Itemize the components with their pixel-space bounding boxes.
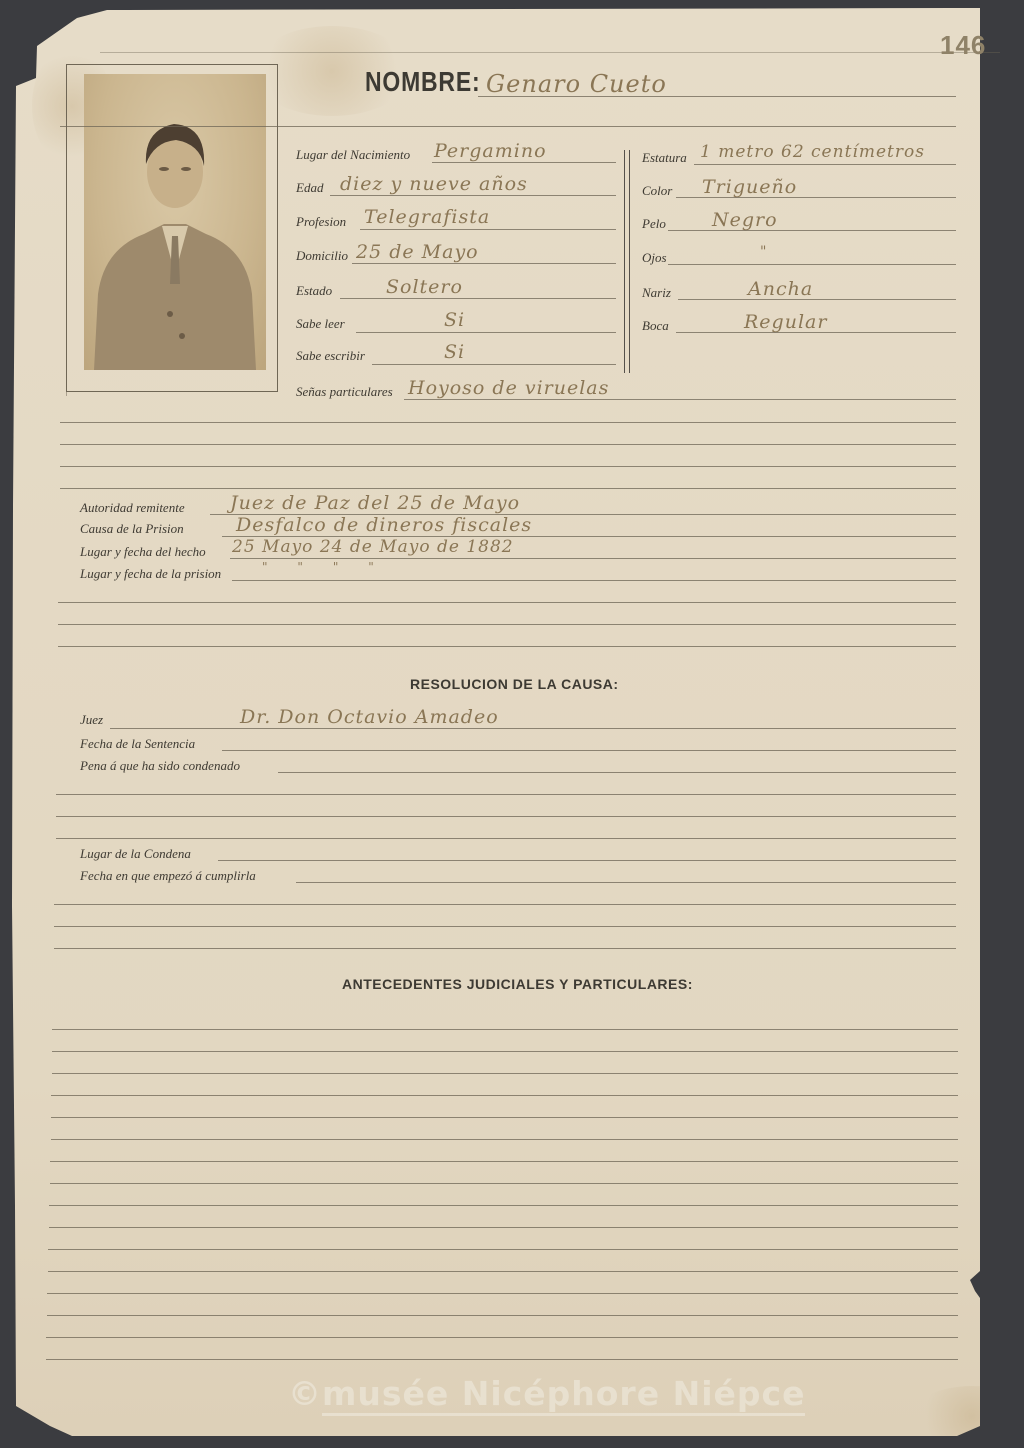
rule (47, 1315, 958, 1316)
value-estatura: 1 metro 62 centímetros (700, 142, 925, 162)
rule (56, 794, 956, 795)
rule (54, 926, 956, 927)
copyright-watermark: ©musée Nicéphore Niépce (288, 1374, 805, 1413)
label-profesion: Profesion (296, 214, 346, 230)
stain (912, 1386, 1024, 1446)
nombre-rule (478, 96, 956, 97)
label-lugar-prision: Lugar y fecha de la prision (80, 566, 221, 582)
portrait-photo-icon (84, 74, 266, 370)
rule (58, 624, 956, 625)
rule (372, 364, 616, 365)
column-divider (624, 150, 630, 373)
value-edad: diez y nueve años (340, 173, 528, 195)
value-lugar-nacimiento: Pergamino (434, 140, 547, 162)
rule (50, 1183, 958, 1184)
rule (51, 1095, 958, 1096)
label-fecha-sentencia: Fecha de la Sentencia (80, 736, 195, 752)
label-ojos: Ojos (642, 250, 667, 266)
value-autoridad: Juez de Paz del 25 de Mayo (230, 492, 520, 514)
label-lugar-hecho: Lugar y fecha del hecho (80, 544, 206, 560)
label-juez: Juez (80, 712, 103, 728)
watermark-text: musée Nicéphore Niépce (322, 1374, 805, 1416)
nombre-label: NOMBRE: (365, 66, 480, 98)
value-sabe-escribir: Si (444, 341, 465, 363)
rule (404, 399, 956, 400)
rule (56, 816, 956, 817)
value-boca: Regular (744, 311, 827, 333)
rule (60, 488, 956, 489)
rule (60, 466, 956, 467)
rule (668, 230, 956, 231)
rule (668, 264, 956, 265)
fold-line (100, 52, 1000, 53)
rule (356, 332, 616, 333)
value-domicilio: 25 de Mayo (356, 241, 479, 263)
rule (60, 422, 956, 423)
label-pena: Pena á que ha sido condenado (80, 758, 240, 774)
label-fecha-cumplirla: Fecha en que empezó á cumplirla (80, 868, 256, 884)
label-boca: Boca (642, 318, 669, 334)
antecedentes-title: ANTECEDENTES JUDICIALES Y PARTICULARES: (342, 976, 693, 992)
rule (432, 162, 616, 163)
rule (49, 1227, 958, 1228)
copyright-icon: © (288, 1374, 322, 1413)
nombre-value: Genaro Cueto (486, 70, 667, 98)
rule (52, 1051, 958, 1052)
rule (58, 602, 956, 603)
resolucion-title: RESOLUCION DE LA CAUSA: (410, 676, 619, 692)
label-sabe-escribir: Sabe escribir (296, 348, 365, 364)
label-estatura: Estatura (642, 150, 687, 166)
rule (60, 444, 956, 445)
rule (340, 298, 616, 299)
rule (232, 580, 956, 581)
value-senas: Hoyoso de viruelas (408, 377, 609, 399)
rule (222, 750, 956, 751)
rule (694, 164, 956, 165)
label-lugar-condena: Lugar de la Condena (80, 846, 191, 862)
label-pelo: Pelo (642, 216, 666, 232)
label-domicilio: Domicilio (296, 248, 348, 264)
rule (52, 1029, 958, 1030)
rule (230, 558, 956, 559)
value-nariz: Ancha (748, 278, 813, 300)
rule (278, 772, 956, 773)
rule (47, 1293, 958, 1294)
rule (678, 299, 956, 300)
value-sabe-leer: Si (444, 309, 465, 331)
value-profesion: Telegrafista (364, 206, 490, 228)
rule (110, 728, 956, 729)
value-estado: Soltero (386, 276, 463, 298)
rule (51, 1117, 958, 1118)
value-lugar-prision: " " " " (262, 560, 375, 574)
rule (676, 332, 956, 333)
rule (46, 1359, 958, 1360)
value-juez: Dr. Don Octavio Amadeo (240, 706, 499, 728)
rule (48, 1271, 958, 1272)
value-color: Trigueño (702, 176, 797, 198)
rule (60, 126, 956, 127)
rule (54, 904, 956, 905)
label-color: Color (642, 183, 672, 199)
rule (48, 1249, 958, 1250)
rule (58, 646, 956, 647)
rule (50, 1161, 958, 1162)
rule (49, 1205, 958, 1206)
value-causa: Desfalco de dineros fiscales (236, 514, 532, 536)
value-ojos: " (760, 244, 767, 260)
sheet-number: 146 (940, 30, 986, 61)
label-autoridad: Autoridad remitente (80, 500, 185, 516)
rule (56, 838, 956, 839)
rule (218, 860, 956, 861)
rule (676, 197, 956, 198)
label-estado: Estado (296, 283, 332, 299)
rule (296, 882, 956, 883)
label-edad: Edad (296, 180, 323, 196)
rule (52, 1073, 958, 1074)
rule (330, 195, 616, 196)
value-lugar-hecho: 25 Mayo 24 de Mayo de 1882 (232, 537, 514, 557)
rule (54, 948, 956, 949)
label-senas: Señas particulares (296, 384, 393, 400)
rule (51, 1139, 958, 1140)
rule (360, 229, 616, 230)
label-sabe-leer: Sabe leer (296, 316, 345, 332)
rule (352, 263, 616, 264)
portrait-figure-icon (84, 74, 266, 370)
label-lugar-nacimiento: Lugar del Nacimiento (296, 147, 410, 163)
rule (46, 1337, 958, 1338)
label-nariz: Nariz (642, 285, 671, 301)
label-causa: Causa de la Prision (80, 521, 184, 537)
value-pelo: Negro (712, 209, 778, 231)
